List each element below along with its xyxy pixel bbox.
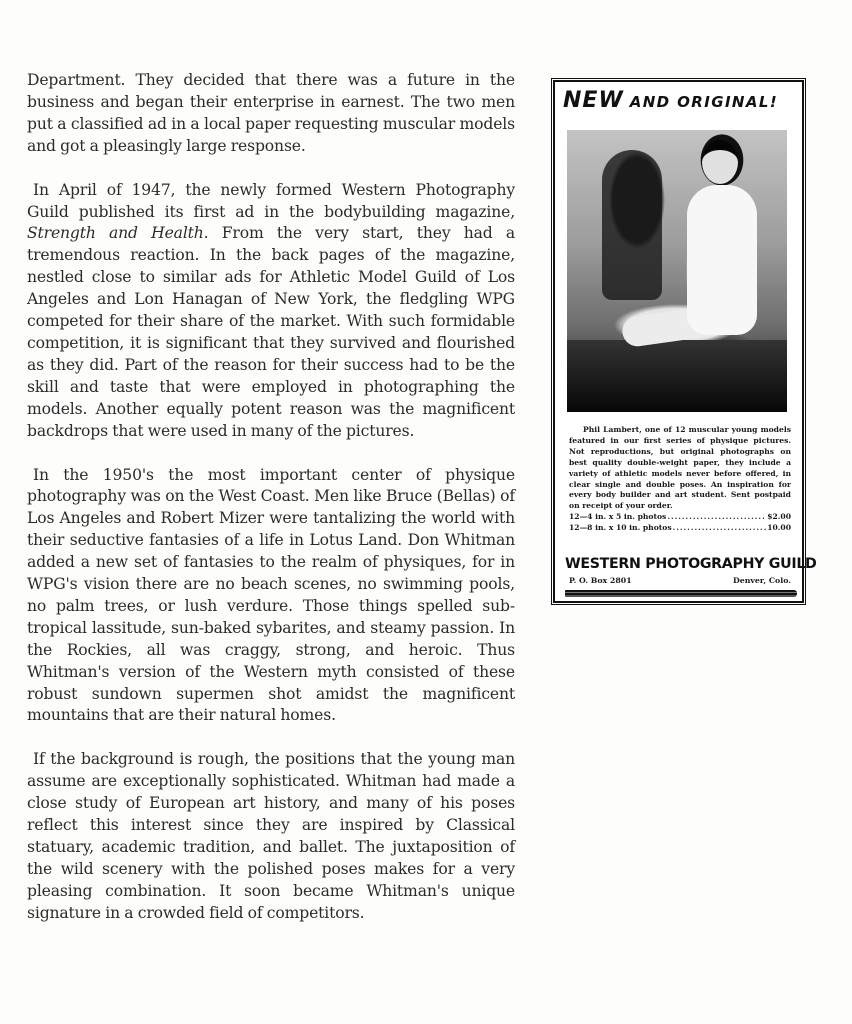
ad-address: P. O. Box 2801 Denver, Colo. [569,576,791,585]
vintage-advertisement: NEWAND ORIGINAL! Phil Lambert, one of 12… [553,80,804,603]
paragraph-1-text: Department. They decided that there was … [27,71,515,155]
price-label: 12—4 in. x 5 in. photos [569,512,666,523]
dot-leader [673,523,767,534]
paragraph-4-text: If the background is rough, the position… [27,750,515,921]
photo-figure-torso [687,185,757,335]
ad-caption: Phil Lambert, one of 12 muscular young m… [569,425,791,534]
photo-wall-shadow [602,150,662,300]
ad-headline-original: AND ORIGINAL! [630,93,778,111]
ad-headline-new: NEW [563,88,624,113]
price-row-large-photos: 12—8 in. x 10 in. photos 10.00 [569,523,791,534]
paragraph-3: In the 1950's the most important center … [27,465,515,728]
ad-headline: NEWAND ORIGINAL! [563,88,799,113]
magazine-title: Strength and Health [27,224,204,242]
price-label: 12—8 in. x 10 in. photos [569,523,672,534]
ad-company-name: WESTERN PHOTOGRAPHY GUILD [565,556,797,572]
price-value: $2.00 [767,512,791,523]
photo-draped-rock [567,340,787,412]
article-text-column: Department. They decided that there was … [27,70,515,947]
paragraph-2-text-end: . From the very start, they had a tremen… [27,224,515,439]
ad-po-box: P. O. Box 2801 [569,576,632,585]
physique-photo [567,130,787,412]
paragraph-2-text-start: In April of 1947, the newly formed Weste… [27,181,515,221]
paragraph-4: If the background is rough, the position… [27,749,515,924]
ad-city: Denver, Colo. [733,576,791,585]
ad-caption-text: Phil Lambert, one of 12 muscular young m… [569,425,791,512]
ad-decorative-rule [565,590,797,597]
paragraph-1: Department. They decided that there was … [27,70,515,158]
paragraph-2: In April of 1947, the newly formed Weste… [27,180,515,443]
price-value: 10.00 [767,523,791,534]
dot-leader [667,512,766,523]
photo-figure-head [702,140,738,184]
price-row-small-photos: 12—4 in. x 5 in. photos $2.00 [569,512,791,523]
paragraph-3-text: In the 1950's the most important center … [27,466,515,725]
